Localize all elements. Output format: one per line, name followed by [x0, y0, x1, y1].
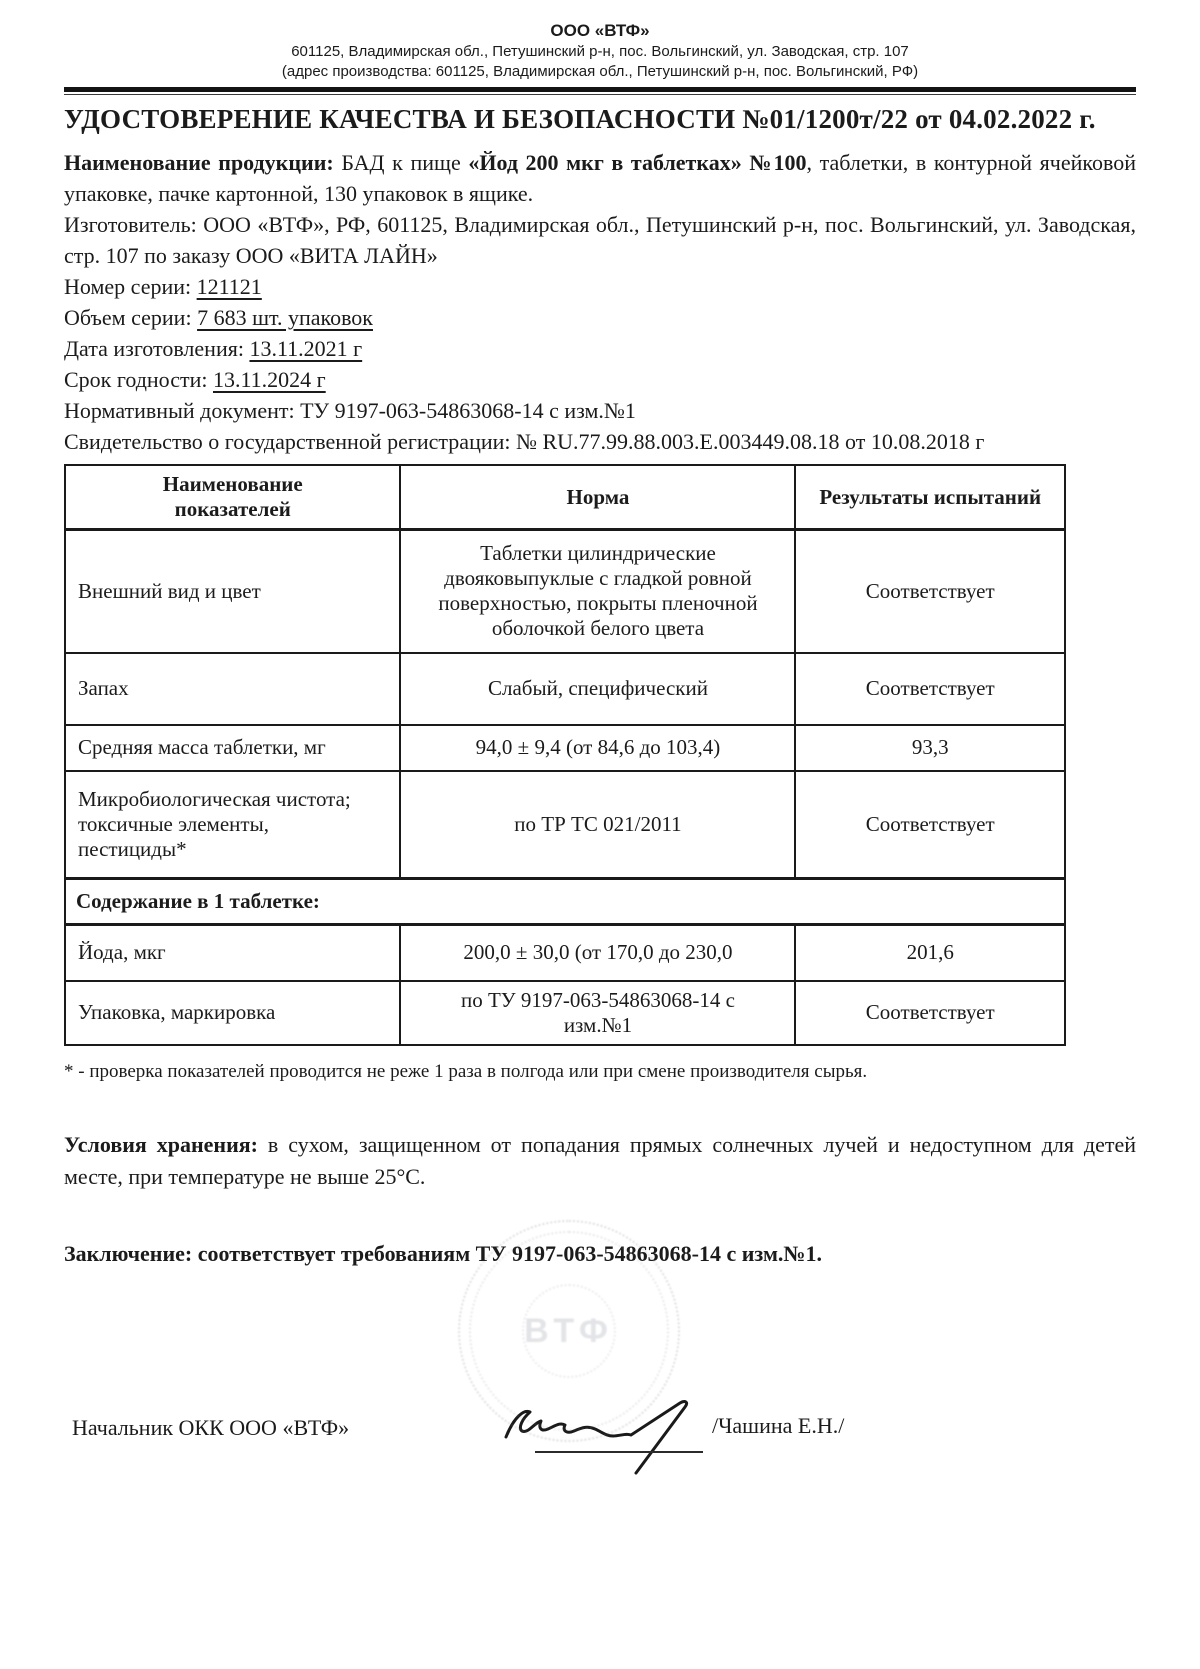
cell-norm: по ТУ 9197-063-54863068-14 с изм.№1 — [400, 981, 795, 1045]
cell-result: 201,6 — [795, 925, 1065, 981]
field-volume-value: 7 683 шт. упаковок — [197, 305, 373, 330]
cell-result: Соответствует — [795, 653, 1065, 725]
spec-table: Наименование показателей Норма Результат… — [64, 464, 1066, 1046]
field-volume-label: Объем серии: — [64, 305, 192, 330]
header-result: Результаты испытаний — [795, 465, 1065, 530]
document-title: УДОСТОВЕРЕНИЕ КАЧЕСТВА И БЕЗОПАСНОСТИ №0… — [64, 104, 1136, 135]
field-manufacture-date-value: 13.11.2021 г — [249, 336, 362, 361]
field-product: Наименование продукции: БАД к пище «Йод … — [64, 147, 1136, 209]
field-normative-document-label: Нормативный документ: — [64, 398, 295, 423]
field-series-label: Номер серии: — [64, 274, 191, 299]
storage-conditions: Условия хранения: в сухом, защищенном от… — [64, 1129, 1136, 1193]
field-expiry-date: Срок годности: 13.11.2024 г — [64, 364, 1136, 395]
table-row: Запах Слабый, специфический Соответствуе… — [65, 653, 1065, 725]
field-product-name: «Йод 200 мкг в таблетках» №100 — [468, 150, 806, 175]
field-manufacture-date: Дата изготовления: 13.11.2021 г — [64, 333, 1136, 364]
cell-indicator: Микробиологическая чистота; токсичные эл… — [65, 771, 400, 879]
table-header-row: Наименование показателей Норма Результат… — [65, 465, 1065, 530]
field-manufacturer-label: Изготовитель: — [64, 212, 197, 237]
field-state-registration-label: Свидетельство о государственной регистра… — [64, 429, 511, 454]
cell-norm: Слабый, специфический — [400, 653, 795, 725]
header-indicator: Наименование показателей — [65, 465, 400, 530]
field-product-pre: БАД к пище — [341, 150, 460, 175]
cell-norm: по ТР ТС 021/2011 — [400, 771, 795, 879]
signature-line — [535, 1451, 703, 1453]
production-address: (адрес производства: 601125, Владимирска… — [64, 62, 1136, 82]
table-row: Микробиологическая чистота; токсичные эл… — [65, 771, 1065, 879]
field-volume: Объем серии: 7 683 шт. упаковок — [64, 302, 1136, 333]
table-row: Упаковка, маркировка по ТУ 9197-063-5486… — [65, 981, 1065, 1045]
signature-name: /Чашина Е.Н./ — [712, 1413, 844, 1439]
field-manufacturer-value: ООО «ВТФ», РФ, 601125, Владимирская обл.… — [64, 212, 1136, 268]
cell-norm: 200,0 ± 30,0 (от 170,0 до 230,0 — [400, 925, 795, 981]
storage-label: Условия хранения: — [64, 1132, 258, 1157]
cell-result: Соответствует — [795, 771, 1065, 879]
company-address: 601125, Владимирская обл., Петушинский р… — [64, 42, 1136, 62]
table-row: Йода, мкг 200,0 ± 30,0 (от 170,0 до 230,… — [65, 925, 1065, 981]
field-series-value: 121121 — [197, 274, 262, 299]
field-state-registration-value: № RU.77.99.88.003.Е.003449.08.18 от 10.0… — [516, 429, 984, 454]
company-name: ООО «ВТФ» — [64, 20, 1136, 42]
cell-norm: 94,0 ± 9,4 (от 84,6 до 103,4) — [400, 725, 795, 771]
document-fields: Наименование продукции: БАД к пище «Йод … — [64, 147, 1136, 457]
table-row: Внешний вид и цвет Таблетки цилиндрическ… — [65, 530, 1065, 653]
cell-indicator: Йода, мкг — [65, 925, 400, 981]
field-manufacture-date-label: Дата изготовления: — [64, 336, 244, 361]
letterhead: ООО «ВТФ» 601125, Владимирская обл., Пет… — [64, 20, 1136, 82]
footnote: * - проверка показателей проводится не р… — [64, 1061, 1136, 1083]
header-norm: Норма — [400, 465, 795, 530]
field-product-label: Наименование продукции: — [64, 150, 334, 175]
cell-indicator: Средняя масса таблетки, мг — [65, 725, 400, 771]
cell-indicator: Внешний вид и цвет — [65, 530, 400, 653]
table-row: Средняя масса таблетки, мг 94,0 ± 9,4 (о… — [65, 725, 1065, 771]
field-state-registration: Свидетельство о государственной регистра… — [64, 426, 1136, 457]
field-series: Номер серии: 121121 — [64, 271, 1136, 302]
signature-position: Начальник ОКК ООО «ВТФ» — [72, 1415, 349, 1441]
table-section-row: Содержание в 1 таблетке: — [65, 879, 1065, 925]
cell-indicator: Запах — [65, 653, 400, 725]
cell-result: 93,3 — [795, 725, 1065, 771]
field-expiry-date-label: Срок годности: — [64, 367, 207, 392]
company-stamp-icon: ВТФ — [458, 1220, 680, 1442]
field-manufacturer: Изготовитель: ООО «ВТФ», РФ, 601125, Вла… — [64, 209, 1136, 271]
cell-result: Соответствует — [795, 530, 1065, 653]
header-divider-thick — [64, 87, 1136, 92]
header-divider-thin — [64, 94, 1136, 95]
cell-norm: Таблетки цилиндрические двояковыпуклые с… — [400, 530, 795, 653]
field-normative-document: Нормативный документ: ТУ 9197-063-548630… — [64, 395, 1136, 426]
section-title: Содержание в 1 таблетке: — [65, 879, 1065, 925]
field-expiry-date-value: 13.11.2024 г — [213, 367, 326, 392]
stamp-text: ВТФ — [458, 1220, 680, 1442]
certificate-page: ООО «ВТФ» 601125, Владимирская обл., Пет… — [0, 0, 1200, 1669]
cell-result: Соответствует — [795, 981, 1065, 1045]
field-normative-document-value: ТУ 9197-063-54863068-14 с изм.№1 — [300, 398, 636, 423]
cell-indicator: Упаковка, маркировка — [65, 981, 400, 1045]
